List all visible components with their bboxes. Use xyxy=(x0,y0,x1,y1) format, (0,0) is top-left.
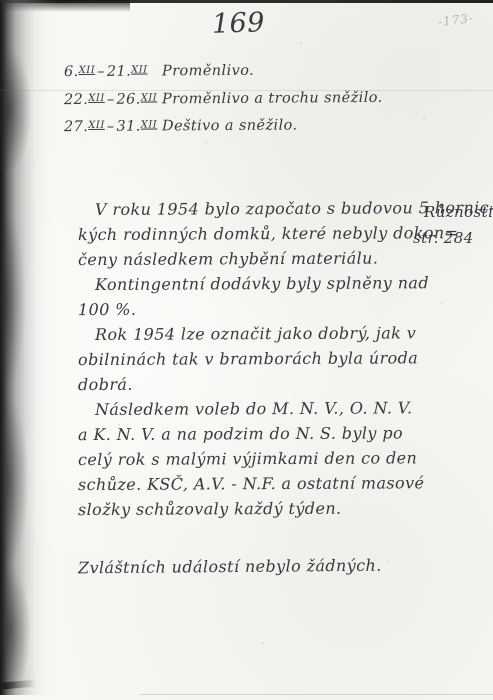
chronicle-line: složky schůzovaly každý týden. xyxy=(78,495,493,522)
chronicle-line: dobrá. xyxy=(78,370,493,397)
chronicle-line: Rok 1954 lze označit jako dobrý, jak v xyxy=(78,320,493,347)
weather-text: Proměnlivo. xyxy=(162,63,254,80)
chronicle-line: obilninách tak v bramborách byla úroda xyxy=(78,345,493,372)
pencil-page-number: -173- xyxy=(437,11,474,29)
chronicle-line: 100 %. xyxy=(78,295,493,322)
margin-note: Různosti str. 284 xyxy=(413,199,493,251)
weather-entry: 22.XII–26.XII Proměnlivo a trochu sněžil… xyxy=(64,83,383,113)
date-range: 22.XII–26.XII xyxy=(64,85,157,113)
chronicle-line: a K. N. V. a na podzim do N. S. byly po xyxy=(78,420,493,447)
scan-artifact-line xyxy=(140,694,493,695)
weather-entry: 6.XII–21.XII Proměnlivo. xyxy=(64,56,383,86)
chronicle-line: Následkem voleb do M. N. V., O. N. V. xyxy=(78,395,493,422)
closing-line: Zvláštních událostí nebylo žádných. xyxy=(78,556,382,578)
date-range: 27.XII–31.XII xyxy=(64,112,157,140)
scanned-chronicle-page: { "page": { "number": "169", "pencil_mar… xyxy=(0,0,493,700)
weather-text: Deštivo a sněžilo. xyxy=(162,117,298,134)
chronicle-line: schůze. KSČ, A.V. - N.F. a ostatní masov… xyxy=(78,470,493,497)
margin-note-title: Různosti xyxy=(413,199,493,225)
chronicle-line: celý rok s malými výjimkami den co den xyxy=(78,445,493,472)
weather-text: Proměnlivo a trochu sněžilo. xyxy=(162,89,383,107)
paper-speckles xyxy=(0,0,2,2)
page-number: 169 xyxy=(211,7,265,40)
date-range: 6.XII–21.XII xyxy=(64,57,157,85)
weather-entry: 27.XII–31.XII Deštivo a sněžilo. xyxy=(64,111,383,141)
weather-entries: 6.XII–21.XII Proměnlivo. 22.XII–26.XII P… xyxy=(64,57,383,140)
chronicle-line: Kontingentní dodávky byly splněny nad xyxy=(78,270,493,297)
scan-left-edge-shadow xyxy=(0,0,60,695)
margin-note-page-ref: str. 284 xyxy=(413,225,493,251)
